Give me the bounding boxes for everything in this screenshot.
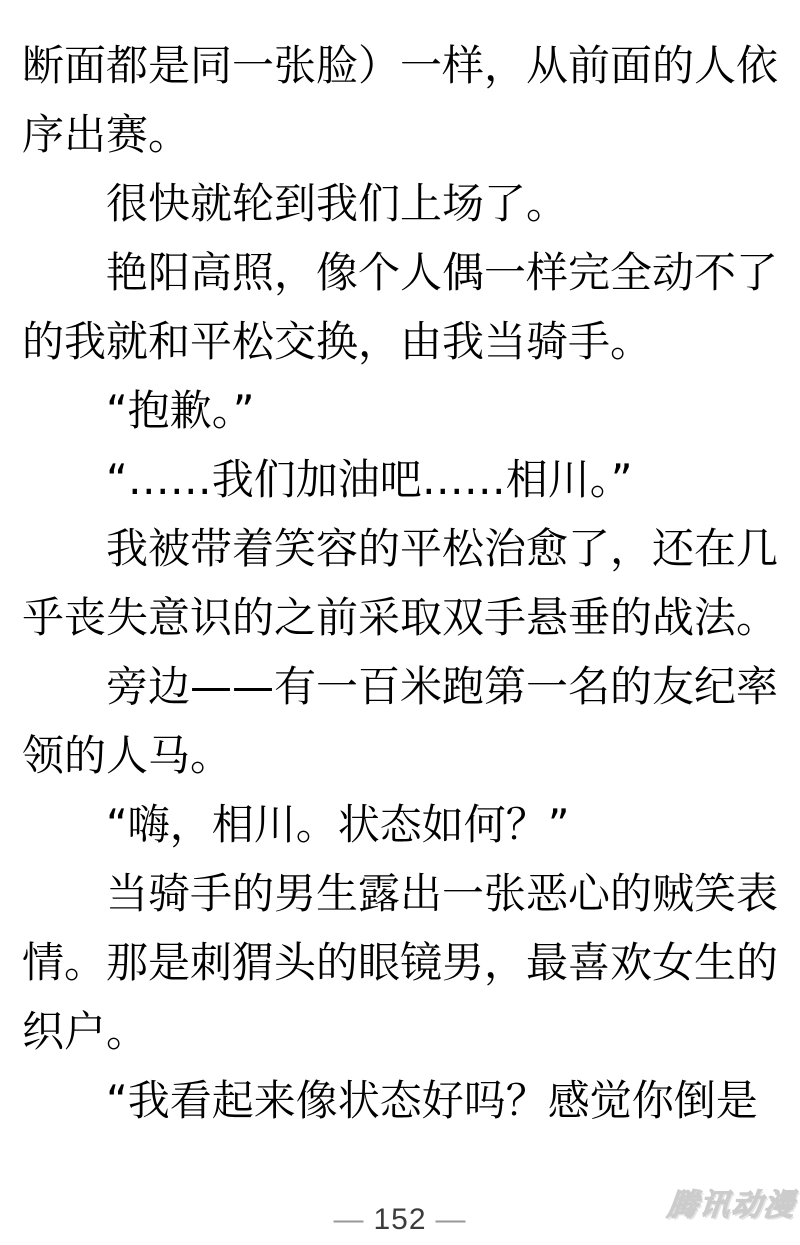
page-number: 152 bbox=[373, 1203, 426, 1236]
paragraph-5: “……我们加油吧……相川。” bbox=[22, 445, 778, 514]
paragraph-8: “嗨，相川。状态如何？” bbox=[22, 790, 778, 859]
paragraph-1: 断面都是同一张脸）一样，从前面的人依序出赛。 bbox=[22, 31, 778, 169]
paragraph-2: 很快就轮到我们上场了。 bbox=[22, 169, 778, 238]
paragraph-9: 当骑手的男生露出一张恶心的贼笑表情。那是刺猬头的眼镜男，最喜欢女生的织户。 bbox=[22, 859, 778, 1066]
paragraph-7: 旁边——有一百米跑第一名的友纪率领的人马。 bbox=[22, 652, 778, 790]
novel-reader-page: 断面都是同一张脸）一样，从前面的人依序出赛。 很快就轮到我们上场了。 艳阳高照，… bbox=[0, 0, 800, 1245]
body-text: 断面都是同一张脸）一样，从前面的人依序出赛。 很快就轮到我们上场了。 艳阳高照，… bbox=[22, 31, 778, 1135]
footer-dash-left: — bbox=[324, 1203, 373, 1236]
paragraph-6: 我被带着笑容的平松治愈了，还在几乎丧失意识的之前采取双手悬垂的战法。 bbox=[22, 514, 778, 652]
paragraph-4: “抱歉。” bbox=[22, 376, 778, 445]
tencent-comics-watermark-logo: 腾讯动漫 bbox=[666, 1180, 799, 1224]
footer-dash-right: — bbox=[427, 1203, 476, 1236]
paragraph-10: “我看起来像状态好吗？感觉你倒是 bbox=[22, 1066, 778, 1135]
paragraph-3: 艳阳高照，像个人偶一样完全动不了的我就和平松交换，由我当骑手。 bbox=[22, 238, 778, 376]
